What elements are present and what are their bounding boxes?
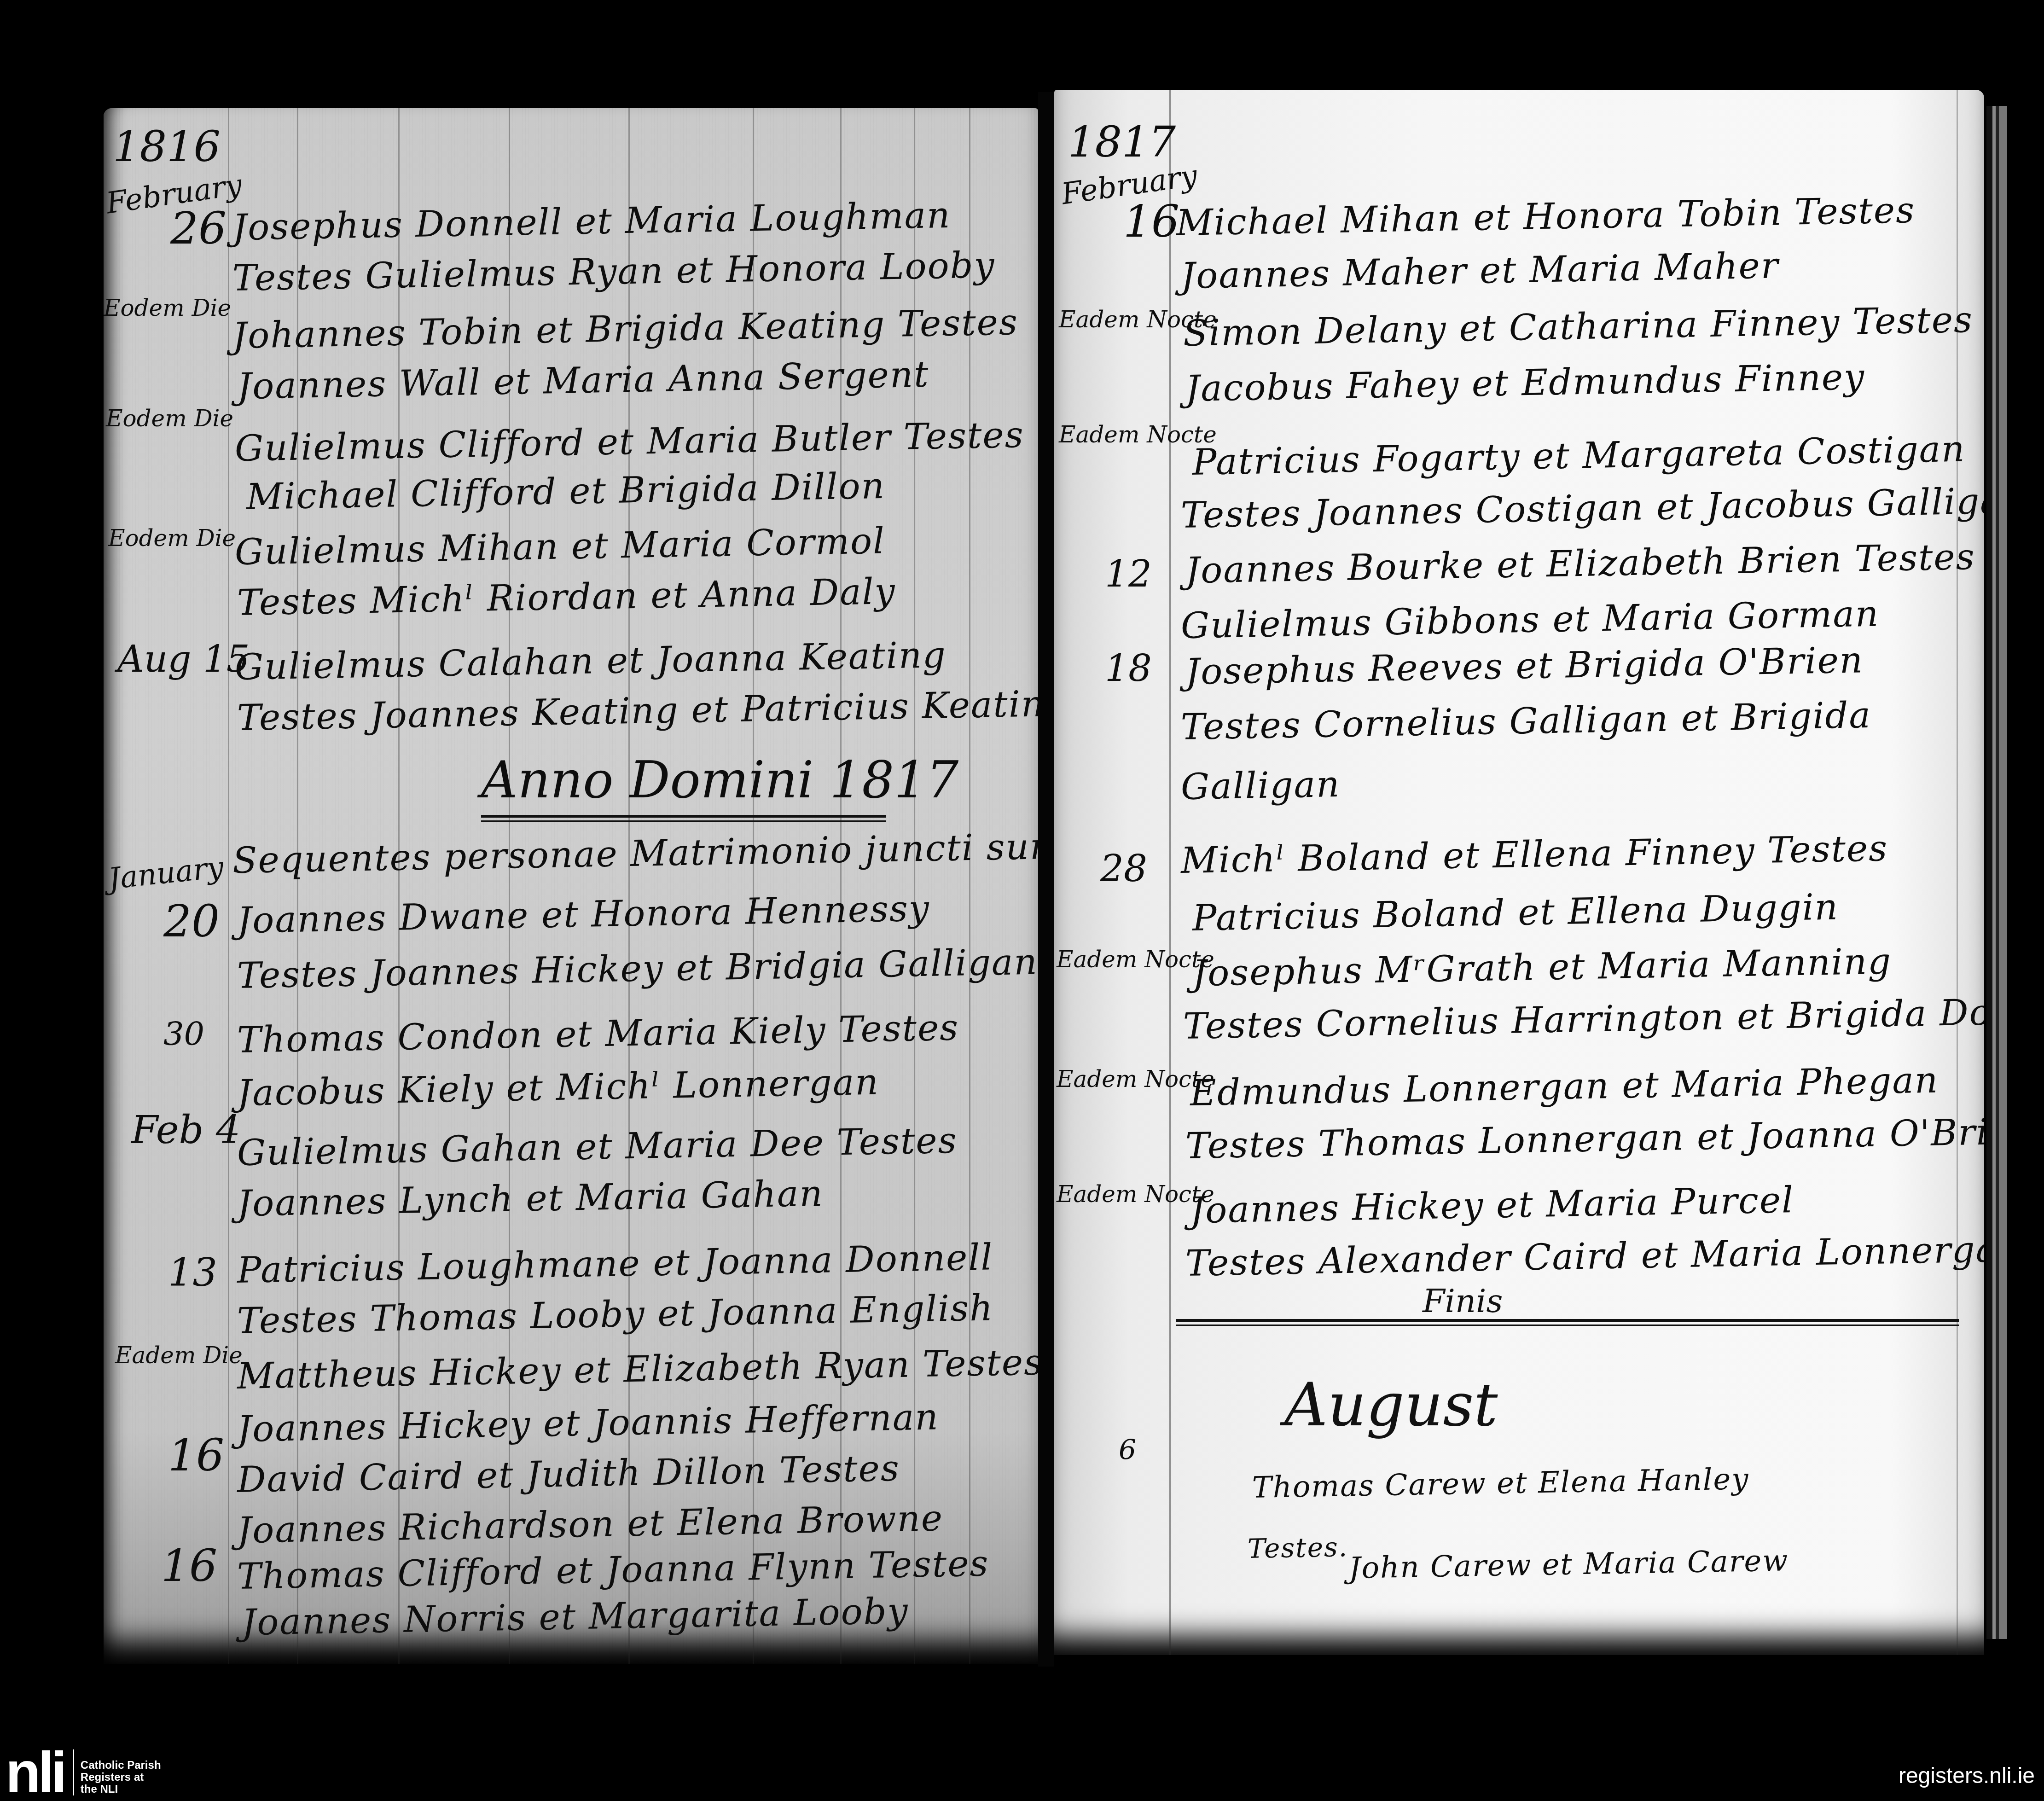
book-edge — [1986, 106, 2007, 1639]
logo-text-line: Catholic Parish — [81, 1760, 161, 1772]
register-entry-line: Patricius Fogarty et Margareta Costigan — [1192, 429, 1966, 483]
register-entry-line: David Caird et Judith Dillon Testes — [237, 1448, 900, 1501]
register-entry-line: Joannes Lynch et Maria Gahan — [237, 1173, 824, 1225]
register-entry-line: Testes Alexander Caird et Maria Lonnerga… — [1185, 1228, 1984, 1284]
date-margin: 16 — [1123, 196, 1179, 247]
register-entry-line: Simon Delany et Catharina Finney Testes — [1183, 299, 1973, 354]
register-entry-line: Sequentes personae Matrimonio juncti sun… — [232, 825, 1038, 882]
date-margin: 30 — [163, 1015, 204, 1053]
register-entry-line: Testes Thomas Looby et Joanna English — [237, 1287, 994, 1342]
site-url[interactable]: registers.nli.ie — [1899, 1763, 2035, 1789]
date-margin: 28 — [1100, 847, 1147, 890]
register-entry-line: Gulielmus Mihan et Maria Cormol — [234, 520, 885, 573]
date-margin: 18 — [1105, 647, 1152, 690]
register-entry-line: Josephus MʳGrath et Maria Manning — [1192, 941, 1892, 994]
register-entry-line: Testes Gulielmus Ryan et Honora Looby — [232, 244, 995, 299]
date-margin: Eodem Die — [104, 295, 231, 321]
margin-rule — [228, 108, 229, 1664]
register-entry-line: Testes Joannes Costigan et Jacobus Galli… — [1180, 480, 1984, 536]
register-entry-line: Testes Michˡ Riordan et Anna Daly — [237, 571, 896, 624]
register-entry-line: Testes Joannes Keating et Patricius Keat… — [237, 683, 1038, 739]
logo-divider — [73, 1749, 74, 1795]
date-margin: 16 — [161, 1540, 217, 1592]
august-heading: August — [1284, 1370, 1498, 1440]
witnesses-label: Testes. — [1247, 1531, 1348, 1564]
register-entry-line: Michˡ Boland et Ellena Finney Testes — [1180, 828, 1888, 882]
logo-text-line: the NLI — [81, 1784, 161, 1795]
register-entry-line: Thomas Clifford et Joanna Flynn Testes — [237, 1543, 989, 1597]
register-entry-line: Joannes Dwane et Honora Hennessy — [237, 888, 930, 941]
section-divider — [1176, 1319, 1959, 1326]
logo-text-line: Registers at — [81, 1772, 161, 1784]
register-entry-line: Michael Mihan et Honora Tobin Testes — [1176, 190, 1916, 244]
register-entry-line: Joannes Maher et Maria Maher — [1180, 245, 1779, 297]
nli-mark: nli — [6, 1749, 64, 1795]
date-margin: 20 — [163, 895, 220, 947]
register-entry-line: Johannes Tobin et Brigida Keating Testes — [232, 302, 1018, 357]
book-gutter — [1038, 92, 1054, 1667]
register-entry-line: Thomas Condon et Maria Kiely Testes — [237, 1007, 959, 1061]
register-entry-line: John Carew et Maria Carew — [1348, 1544, 1788, 1586]
register-entry-line: Gulielmus Gibbons et Maria Gorman — [1180, 593, 1879, 647]
date-margin: Aug 15 — [117, 638, 250, 680]
register-entry-line: Testes Cornelius Galligan et Brigida — [1180, 695, 1871, 748]
month-label: January — [107, 850, 226, 896]
register-entry-line: Edmundus Lonnergan et Maria Phegan — [1190, 1060, 1939, 1114]
date-margin: 6 — [1119, 1434, 1136, 1466]
register-entry-line: Joannes Norris et Margarita Looby — [241, 1591, 909, 1644]
date-margin: Eodem Die — [108, 525, 236, 552]
right-register-page: 1817 February 16 Eadem Nocte Eadem Nocte… — [1054, 90, 1984, 1655]
date-margin: Eadem Nocte — [1057, 946, 1214, 973]
register-entry-line: Mattheus Hickey et Elizabeth Ryan Testes — [237, 1342, 1038, 1397]
register-entry-line: Patricius Loughmane et Joanna Donnell — [237, 1237, 993, 1291]
date-margin: 13 — [168, 1250, 217, 1295]
heading-underline — [481, 815, 886, 822]
register-entry-line: Jacobus Fahey et Edmundus Finney — [1185, 356, 1865, 410]
register-entry-line: Joannes Hickey et Joannis Heffernan — [237, 1396, 939, 1450]
year-label: 1817 — [1068, 117, 1176, 167]
register-entry-line: Joannes Bourke et Elizabeth Brien Testes — [1185, 536, 1975, 592]
register-entry-line: Jacobus Kiely et Michˡ Lonnergan — [237, 1062, 879, 1114]
finis-label: Finis — [1423, 1282, 1503, 1320]
register-entry-line: Joannes Hickey et Maria Purcel — [1190, 1179, 1794, 1232]
register-entry-line: Testes Thomas Lonnergan et Joanna O'Brie… — [1185, 1111, 1984, 1167]
register-entry-line: Testes Cornelius Harrington et Brigida D… — [1183, 990, 1984, 1047]
left-register-page: 1816 February 26 Eodem Die Eodem Die Eod… — [104, 108, 1038, 1664]
register-entry-line: Thomas Carew et Elena Hanley — [1252, 1462, 1749, 1505]
register-entry-line: Patricius Boland et Ellena Duggin — [1192, 887, 1839, 939]
nli-logo: nli Catholic Parish Registers at the NLI — [6, 1749, 161, 1795]
date-margin: Eadem Die — [115, 1342, 243, 1369]
register-entry-line: Galligan — [1180, 764, 1341, 808]
date-margin: Feb 4 — [131, 1107, 240, 1152]
register-entry-line: Gulielmus Gahan et Maria Dee Testes — [237, 1120, 958, 1174]
register-entry-line: Joannes Richardson et Elena Browne — [237, 1498, 943, 1551]
register-entry-line: Joannes Wall et Maria Anna Sergent — [237, 354, 929, 407]
date-margin: 12 — [1105, 552, 1152, 595]
register-entry-line: Michael Clifford et Brigida Dillon — [246, 465, 885, 518]
register-entry-line: Josephus Reeves et Brigida O'Brien — [1185, 639, 1864, 693]
date-margin: 26 — [170, 203, 226, 254]
register-entry-line: Gulielmus Clifford et Maria Butler Teste… — [234, 414, 1024, 470]
date-margin: 16 — [168, 1429, 224, 1481]
date-margin: Eodem Die — [106, 405, 233, 432]
register-entry-line: Josephus Donnell et Maria Loughman — [232, 195, 951, 249]
year-label: 1816 — [113, 122, 221, 171]
register-entry-line: Testes Joannes Hickey et Bridgia Galliga… — [237, 941, 1038, 997]
year-heading: Anno Domini 1817 — [481, 750, 958, 809]
logo-text: Catholic Parish Registers at the NLI — [81, 1760, 161, 1795]
